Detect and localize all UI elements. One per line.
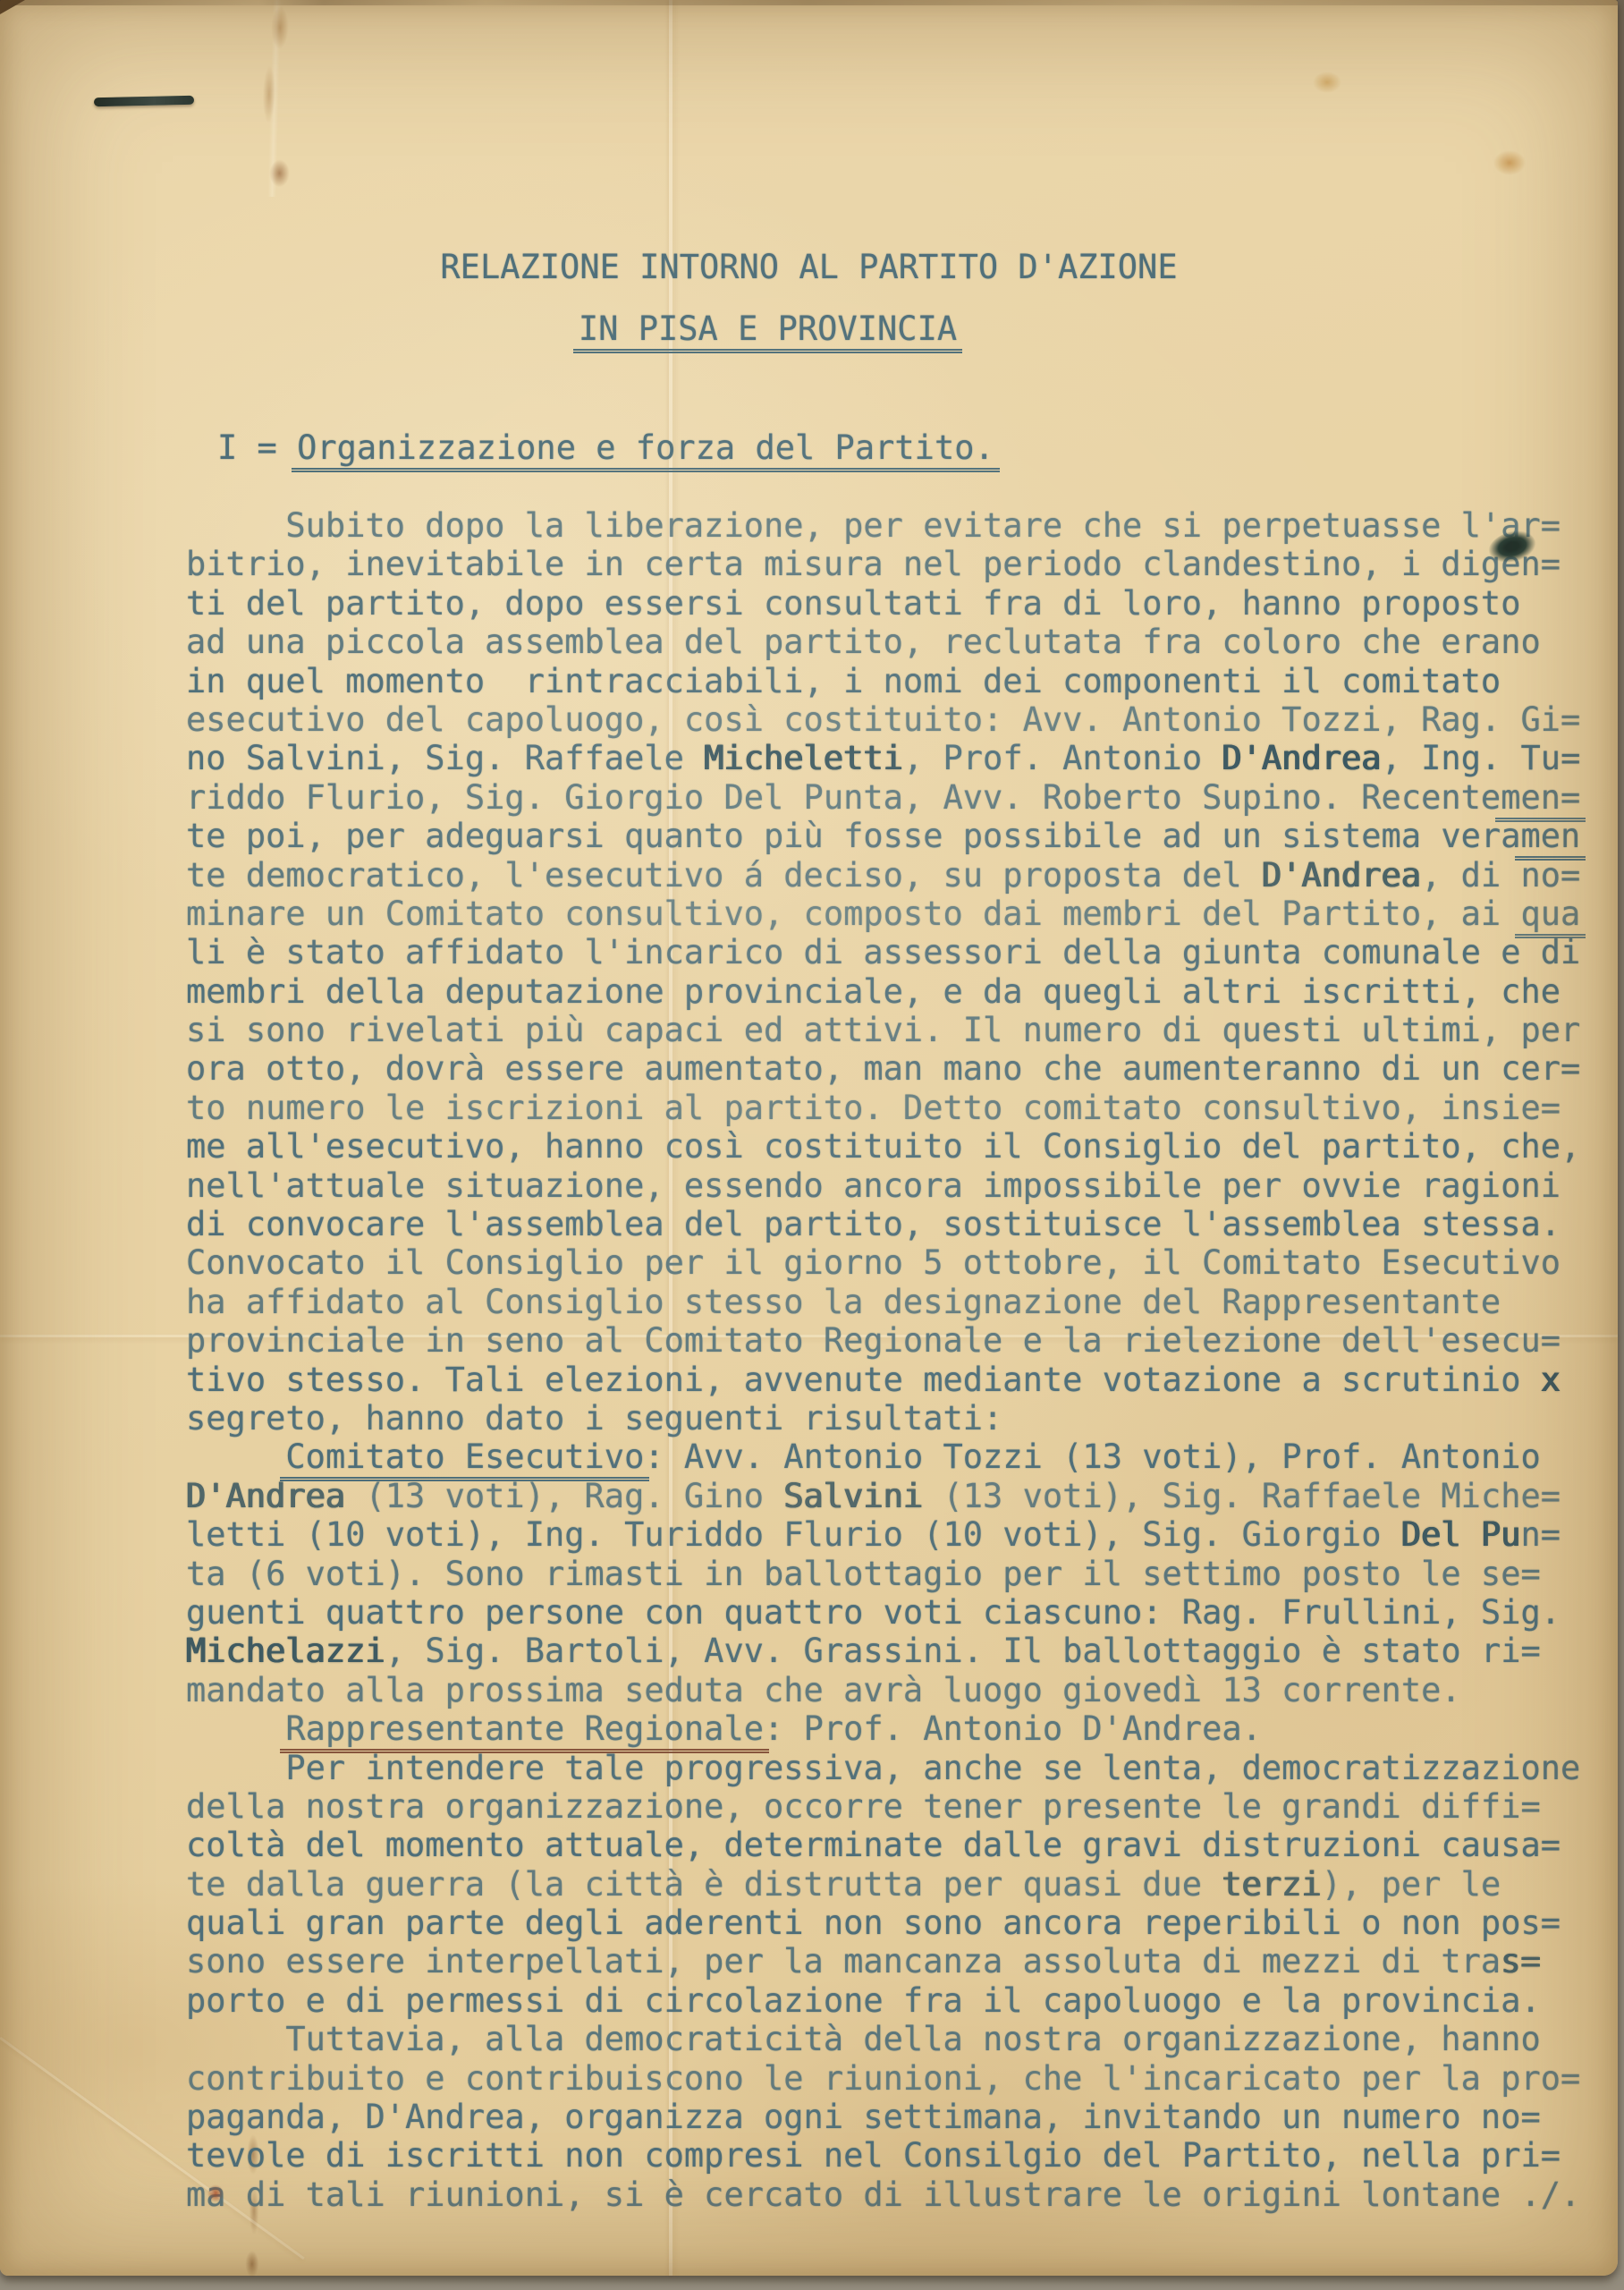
text-line: esecutivo del capoluogo, così costituito… bbox=[186, 700, 1580, 739]
text-line: paganda, D'Andrea, organizza ogni settim… bbox=[186, 2098, 1580, 2136]
text-segment: x bbox=[1520, 1361, 1561, 1399]
text-segment bbox=[186, 1438, 285, 1476]
text-line: minare un Comitato consultivo, composto … bbox=[186, 895, 1580, 933]
text-segment: , Ing. Tu= bbox=[1382, 739, 1581, 777]
text-segment: segreto, hanno dato i seguenti risultati… bbox=[186, 1399, 1002, 1438]
text-segment: to numero le iscrizioni al partito. Dett… bbox=[186, 1089, 1561, 1127]
text-segment: esecutivo del capoluogo, così costituito… bbox=[186, 700, 1580, 739]
text-line: in quel momento rintracciabili, i nomi d… bbox=[186, 662, 1580, 700]
text-segment: te poi, per adeguarsi quanto più fosse p… bbox=[186, 817, 1520, 855]
text-segment: Per intendere tale progressiva, anche se… bbox=[186, 1749, 1580, 1787]
text-segment: ma di tali riunioni, si è cercato di ill… bbox=[186, 2175, 1580, 2214]
text-segment: Rappresentante Regionale bbox=[280, 1709, 769, 1753]
text-line: me all'esecutivo, hanno così costituito … bbox=[186, 1127, 1580, 1166]
text-segment: te democratico, l'esecutivo á deciso, su… bbox=[186, 856, 1262, 895]
text-segment: ), per le bbox=[1322, 1865, 1501, 1904]
text-segment: Subito dopo la liberazione, per evitare … bbox=[186, 506, 1561, 545]
text-line: Convocato il Consiglio per il giorno 5 o… bbox=[186, 1243, 1580, 1282]
text-segment: qua bbox=[1515, 895, 1586, 938]
text-line: tivo stesso. Tali elezioni, avvenute med… bbox=[186, 1361, 1580, 1399]
text-segment: D'Andrea bbox=[1222, 739, 1381, 777]
text-segment: (13 voti), Sig. Raffaele Miche= bbox=[923, 1477, 1561, 1515]
text-segment: ad una piccola assemblea del partito, re… bbox=[186, 623, 1541, 661]
scanned-page-background: { "colors":{ "paper":"#e8d3a6", "ink":"#… bbox=[0, 0, 1624, 2290]
text-segment: ha affidato al Consiglio stesso la desig… bbox=[186, 1283, 1501, 1321]
text-line: letti (10 voti), Ing. Turiddo Flurio (10… bbox=[186, 1515, 1580, 1554]
text-line: contribuito e contribuiscono le riunioni… bbox=[186, 2059, 1580, 2098]
text-line: ta (6 voti). Sono rimasti in ballottagio… bbox=[186, 1555, 1580, 1593]
text-segment: mandato alla prossima seduta che avrà lu… bbox=[186, 1671, 1461, 1709]
text-segment: tevole di iscritti non compresi nel Cons… bbox=[186, 2136, 1561, 2175]
text-segment: Convocato il Consiglio per il giorno 5 o… bbox=[186, 1243, 1561, 1282]
text-segment: s= bbox=[1501, 1942, 1541, 1980]
text-line: ma di tali riunioni, si è cercato di ill… bbox=[186, 2175, 1580, 2214]
text-segment: te dalla guerra (la città è distrutta pe… bbox=[186, 1865, 1222, 1904]
text-segment: provinciale in seno al Comitato Regional… bbox=[186, 1321, 1561, 1360]
text-segment: : Avv. Antonio Tozzi (13 voti), Prof. An… bbox=[644, 1438, 1540, 1476]
text-line: si sono rivelati più capaci ed attivi. I… bbox=[186, 1011, 1580, 1049]
paper-sheet: RELAZIONE INTORNO AL PARTITO D'AZIONE IN… bbox=[0, 0, 1618, 2276]
text-segment: di convocare l'assemblea del partito, so… bbox=[186, 1205, 1561, 1243]
text-line: membri della deputazione provinciale, e … bbox=[186, 972, 1580, 1011]
text-segment: Salvini bbox=[783, 1477, 923, 1515]
text-segment: nell'attuale situazione, essendo ancora … bbox=[186, 1166, 1561, 1205]
text-segment: Comitato Esecutivo bbox=[280, 1438, 649, 1481]
text-line: ad una piccola assemblea del partito, re… bbox=[186, 623, 1580, 661]
text-segment: della nostra organizzazione, occorre ten… bbox=[186, 1787, 1541, 1826]
text-line: tevole di iscritti non compresi nel Cons… bbox=[186, 2136, 1580, 2175]
text-segment: Del Pu bbox=[1401, 1515, 1521, 1554]
text-segment: Micheletti bbox=[704, 739, 903, 777]
text-segment: terzi bbox=[1222, 1865, 1321, 1904]
text-segment: sono essere interpellati, per la mancanz… bbox=[186, 1942, 1501, 1980]
text-segment: quali gran parte degli aderenti non sono… bbox=[186, 1904, 1561, 1942]
text-line: D'Andrea (13 voti), Rag. Gino Salvini (1… bbox=[186, 1477, 1580, 1515]
text-line: provinciale in seno al Comitato Regional… bbox=[186, 1321, 1580, 1360]
foxing-spot bbox=[1313, 72, 1341, 93]
text-segment: Tuttavia, alla democraticità della nostr… bbox=[186, 2020, 1541, 2058]
text-line: to numero le iscrizioni al partito. Dett… bbox=[186, 1089, 1580, 1127]
text-segment: riddo Flurio, Sig. Giorgio Del Punta, Av… bbox=[186, 778, 1501, 817]
text-line: di convocare l'assemblea del partito, so… bbox=[186, 1205, 1580, 1243]
text-line: Per intendere tale progressiva, anche se… bbox=[186, 1749, 1580, 1787]
text-segment: bitrio, inevitabile in certa misura nel … bbox=[186, 545, 1561, 583]
section-number: I = bbox=[217, 428, 297, 467]
scan-edge-shadow bbox=[0, 0, 1618, 5]
text-line: no Salvini, Sig. Raffaele Micheletti, Pr… bbox=[186, 739, 1580, 777]
text-segment: tivo stesso. Tali elezioni, avvenute med… bbox=[186, 1361, 1520, 1399]
text-line: ti del partito, dopo essersi consultati … bbox=[186, 584, 1580, 623]
text-line: ora otto, dovrà essere aumentato, man ma… bbox=[186, 1049, 1580, 1088]
text-line: sono essere interpellati, per la mancanz… bbox=[186, 1942, 1580, 1980]
text-line: quali gran parte degli aderenti non sono… bbox=[186, 1904, 1580, 1942]
text-line: porto e di permessi di circolazione fra … bbox=[186, 1981, 1580, 2020]
text-line: te democratico, l'esecutivo á deciso, su… bbox=[186, 856, 1580, 895]
rust-stain-top bbox=[237, 0, 312, 198]
section-heading-text: Organizzazione e forza del Partito. bbox=[292, 428, 1000, 472]
text-segment: ti del partito, dopo essersi consultati … bbox=[186, 584, 1520, 623]
text-segment: porto e di permessi di circolazione fra … bbox=[186, 1981, 1541, 2020]
text-line: te dalla guerra (la città è distrutta pe… bbox=[186, 1865, 1580, 1904]
text-segment: D'Andrea bbox=[186, 1477, 345, 1515]
text-segment: D'Andrea bbox=[1262, 856, 1421, 895]
text-segment: n= bbox=[1521, 1515, 1561, 1554]
text-segment: Michelazzi bbox=[186, 1632, 385, 1670]
text-line: ha affidato al Consiglio stesso la desig… bbox=[186, 1283, 1580, 1321]
text-segment: contribuito e contribuiscono le riunioni… bbox=[186, 2059, 1580, 2098]
text-line: Comitato Esecutivo: Avv. Antonio Tozzi (… bbox=[186, 1438, 1580, 1476]
text-segment: letti (10 voti), Ing. Turiddo Flurio (10… bbox=[186, 1515, 1401, 1554]
text-segment: : Prof. Antonio D'Andrea. bbox=[764, 1709, 1262, 1748]
text-segment: membri della deputazione provinciale, e … bbox=[186, 972, 1561, 1011]
text-line: riddo Flurio, Sig. Giorgio Del Punta, Av… bbox=[186, 778, 1580, 817]
text-segment: guenti quattro persone con quattro voti … bbox=[186, 1593, 1561, 1632]
section-heading: I = Organizzazione e forza del Partito. bbox=[217, 428, 994, 467]
text-line: Michelazzi, Sig. Bartoli, Avv. Grassini.… bbox=[186, 1632, 1580, 1670]
text-line: della nostra organizzazione, occorre ten… bbox=[186, 1787, 1580, 1826]
text-segment bbox=[186, 1709, 285, 1748]
corner-tear-mark bbox=[0, 0, 25, 14]
text-segment: coltà del momento attuale, determinate d… bbox=[186, 1826, 1561, 1864]
text-line: guenti quattro persone con quattro voti … bbox=[186, 1593, 1580, 1632]
staple-mark bbox=[94, 96, 194, 106]
text-segment: in quel momento rintracciabili, i nomi d… bbox=[186, 662, 1501, 700]
document-title: RELAZIONE INTORNO AL PARTITO D'AZIONE bbox=[0, 248, 1618, 286]
text-segment: no Salvini, Sig. Raffaele bbox=[186, 739, 704, 777]
text-segment: (13 voti), Rag. Gino bbox=[345, 1477, 783, 1515]
text-segment: paganda, D'Andrea, organizza ogni settim… bbox=[186, 2098, 1541, 2136]
text-segment: me all'esecutivo, hanno così costituito … bbox=[186, 1127, 1580, 1166]
document-subtitle-row: IN PISA E PROVINCIA bbox=[0, 310, 1577, 348]
text-line: nell'attuale situazione, essendo ancora … bbox=[186, 1166, 1580, 1205]
text-segment: ta (6 voti). Sono rimasti in ballottagio… bbox=[186, 1555, 1541, 1593]
text-segment: ora otto, dovrà essere aumentato, man ma… bbox=[186, 1049, 1580, 1088]
text-line: bitrio, inevitabile in certa misura nel … bbox=[186, 545, 1580, 583]
text-line: li è stato affidato l'incarico di assess… bbox=[186, 933, 1580, 971]
document-body: Subito dopo la liberazione, per evitare … bbox=[186, 506, 1580, 2214]
text-segment: minare un Comitato consultivo, composto … bbox=[186, 895, 1520, 933]
text-line: segreto, hanno dato i seguenti risultati… bbox=[186, 1399, 1580, 1438]
text-line: Rappresentante Regionale: Prof. Antonio … bbox=[186, 1709, 1580, 1748]
document-subtitle: IN PISA E PROVINCIA bbox=[573, 310, 962, 353]
text-segment: men= bbox=[1495, 778, 1586, 822]
text-segment: li è stato affidato l'incarico di assess… bbox=[186, 933, 1580, 971]
text-line: Tuttavia, alla democraticità della nostr… bbox=[186, 2020, 1580, 2058]
text-segment: , Sig. Bartoli, Avv. Grassini. Il ballot… bbox=[385, 1632, 1541, 1670]
text-segment: , di no= bbox=[1421, 856, 1580, 895]
text-line: coltà del momento attuale, determinate d… bbox=[186, 1826, 1580, 1864]
text-line: te poi, per adeguarsi quanto più fosse p… bbox=[186, 817, 1580, 855]
text-segment: , Prof. Antonio bbox=[903, 739, 1222, 777]
text-segment: men bbox=[1515, 817, 1586, 861]
text-line: mandato alla prossima seduta che avrà lu… bbox=[186, 1671, 1580, 1709]
text-segment: si sono rivelati più capaci ed attivi. I… bbox=[186, 1011, 1580, 1049]
foxing-spot bbox=[1493, 150, 1526, 175]
text-line: Subito dopo la liberazione, per evitare … bbox=[186, 506, 1580, 545]
